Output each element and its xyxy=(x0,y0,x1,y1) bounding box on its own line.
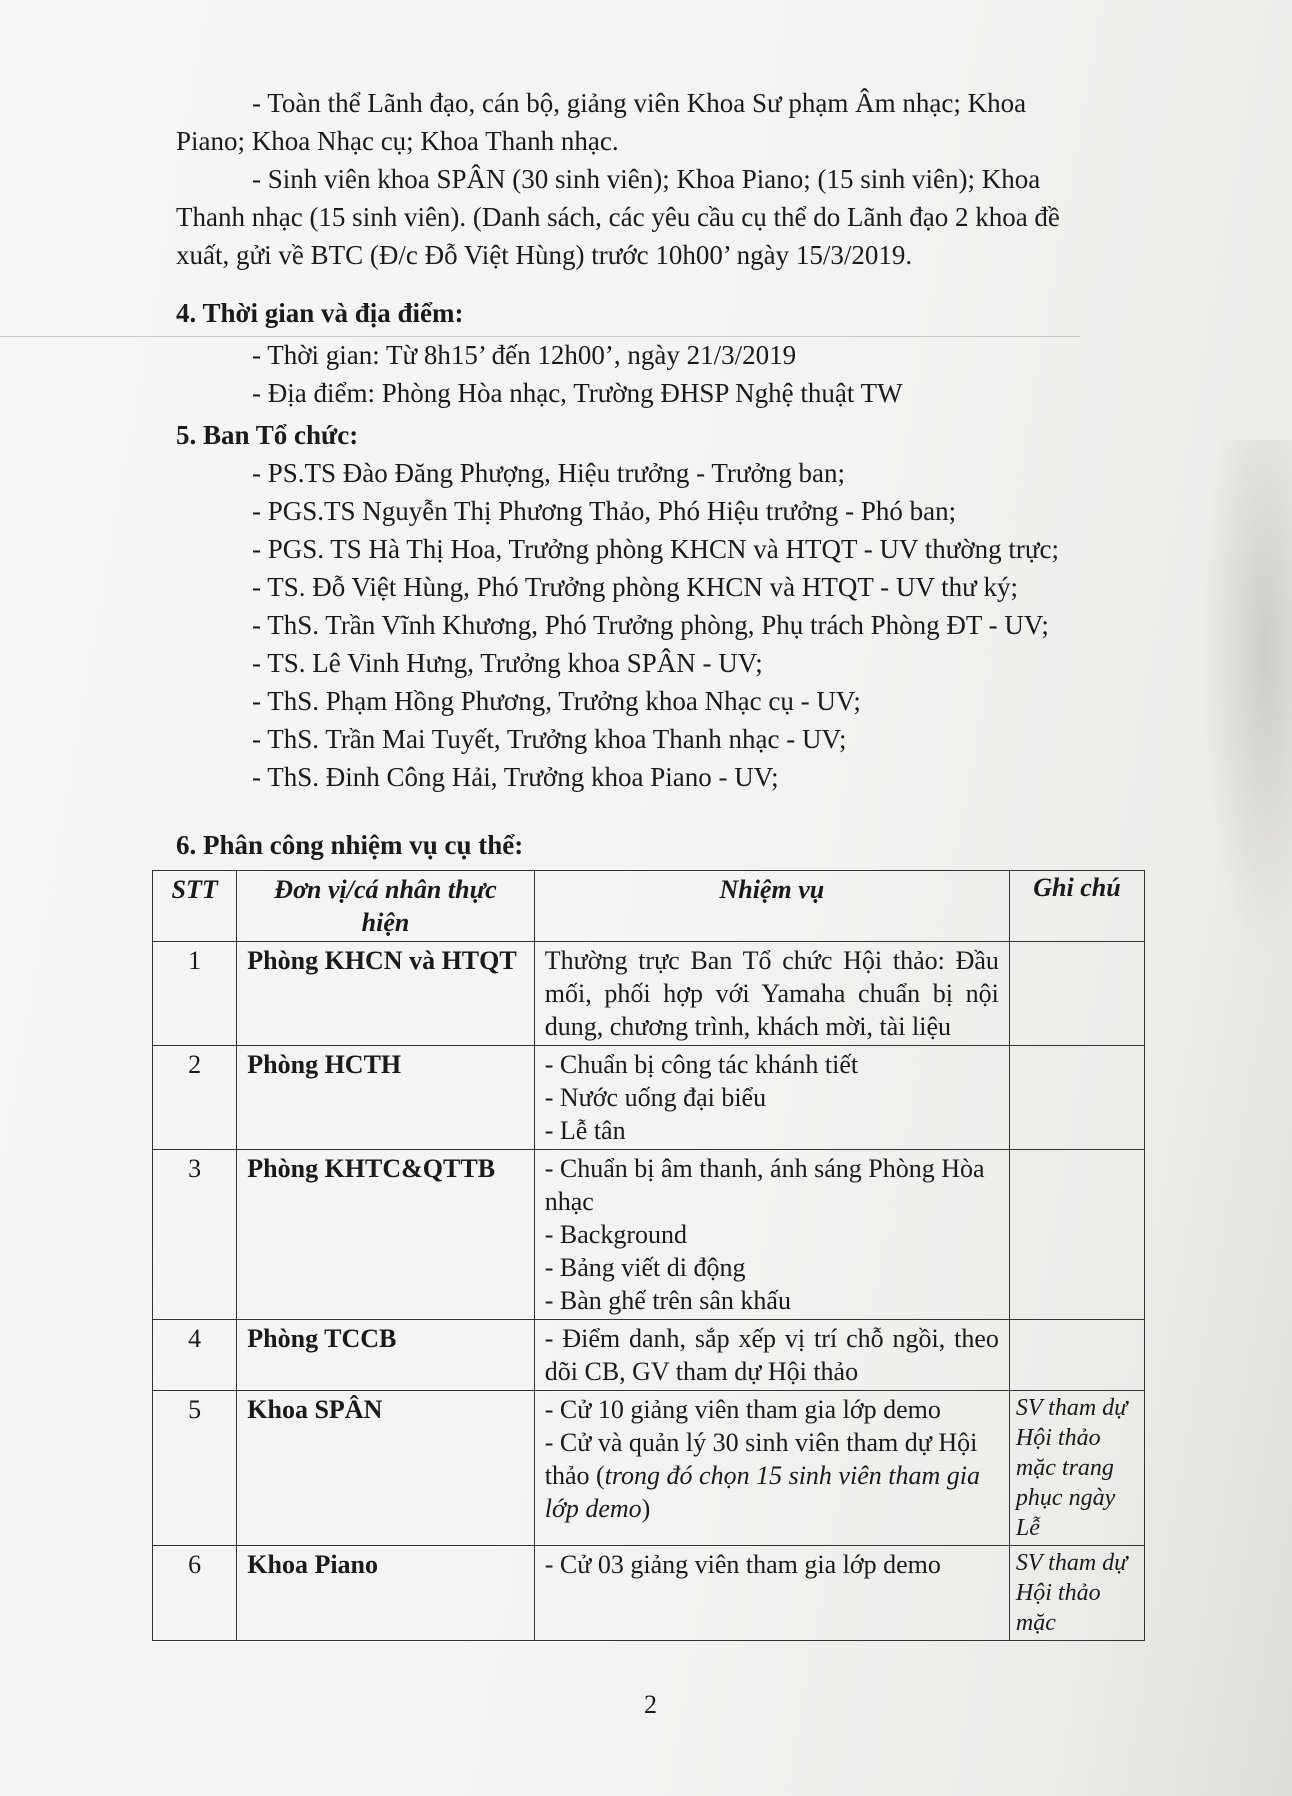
row-stt: 2 xyxy=(153,1046,237,1150)
table-row: 4Phòng TCCB- Điểm danh, sắp xếp vị trí c… xyxy=(153,1320,1145,1391)
header-note: Ghi chú xyxy=(1009,871,1144,942)
task-item: - Cử 03 giảng viên tham gia lớp demo xyxy=(545,1548,999,1581)
committee-member: - PS.TS Đào Đăng Phượng, Hiệu trưởng - T… xyxy=(252,454,845,492)
row-tasks: - Điểm danh, sắp xếp vị trí chỗ ngồi, th… xyxy=(534,1320,1009,1391)
participants-line-4: Thanh nhạc (15 sinh viên). (Danh sách, c… xyxy=(176,198,1060,236)
task-item: - Cử và quản lý 30 sinh viên tham dự Hội… xyxy=(545,1426,999,1525)
row-note xyxy=(1009,1150,1144,1320)
row-note: SV tham dự Hội thảo mặc xyxy=(1009,1546,1144,1641)
row-unit: Phòng KHTC&QTTB xyxy=(237,1150,534,1320)
committee-member: - ThS. Trần Mai Tuyết, Trưởng khoa Thanh… xyxy=(252,720,846,758)
row-stt: 5 xyxy=(153,1391,237,1546)
document-page: - Toàn thể Lãnh đạo, cán bộ, giảng viên … xyxy=(0,0,1292,1796)
committee-member: - ThS. Phạm Hồng Phương, Trưởng khoa Nhạ… xyxy=(252,682,861,720)
committee-member: - PGS.TS Nguyễn Thị Phương Thảo, Phó Hiệ… xyxy=(252,492,956,530)
row-note xyxy=(1009,942,1144,1046)
event-time: - Thời gian: Từ 8h15’ đến 12h00’, ngày 2… xyxy=(252,336,796,374)
row-tasks: - Cử 03 giảng viên tham gia lớp demo xyxy=(534,1546,1009,1641)
task-item: - Chuẩn bị âm thanh, ánh sáng Phòng Hòa … xyxy=(545,1152,999,1218)
committee-member: - TS. Đỗ Việt Hùng, Phó Trưởng phòng KHC… xyxy=(252,568,1018,606)
row-unit: Phòng KHCN và HTQT xyxy=(237,942,534,1046)
table-row: 1Phòng KHCN và HTQTThường trực Ban Tổ ch… xyxy=(153,942,1145,1046)
row-note xyxy=(1009,1320,1144,1391)
section-5-heading: 5. Ban Tổ chức: xyxy=(176,416,358,454)
row-note xyxy=(1009,1046,1144,1150)
header-unit: Đơn vị/cá nhân thực hiện xyxy=(237,871,534,942)
row-tasks: - Cử 10 giảng viên tham gia lớp demo- Cử… xyxy=(534,1391,1009,1546)
participants-line-1: - Toàn thể Lãnh đạo, cán bộ, giảng viên … xyxy=(252,84,1026,122)
task-item: - Bảng viết di động xyxy=(545,1251,999,1284)
event-place: - Địa điểm: Phòng Hòa nhạc, Trường ĐHSP … xyxy=(252,374,903,412)
page-number: 2 xyxy=(644,1690,657,1720)
task-item: - Background xyxy=(545,1218,999,1251)
header-stt: STT xyxy=(153,871,237,942)
row-tasks: - Chuẩn bị âm thanh, ánh sáng Phòng Hòa … xyxy=(534,1150,1009,1320)
row-stt: 4 xyxy=(153,1320,237,1391)
task-item: - Lễ tân xyxy=(545,1114,999,1147)
row-stt: 3 xyxy=(153,1150,237,1320)
row-tasks: - Chuẩn bị công tác khánh tiết- Nước uốn… xyxy=(534,1046,1009,1150)
task-item: - Chuẩn bị công tác khánh tiết xyxy=(545,1048,999,1081)
task-item: - Cử 10 giảng viên tham gia lớp demo xyxy=(545,1393,999,1426)
participants-line-3: - Sinh viên khoa SPÂN (30 sinh viên); Kh… xyxy=(252,160,1040,198)
table-row: 6Khoa Piano- Cử 03 giảng viên tham gia l… xyxy=(153,1546,1145,1641)
committee-member: - ThS. Đinh Công Hải, Trưởng khoa Piano … xyxy=(252,758,779,796)
row-note: SV tham dự Hội thảo mặc trang phục ngày … xyxy=(1009,1391,1144,1546)
section-4-heading: 4. Thời gian và địa điểm: xyxy=(176,294,464,332)
participants-line-2: Piano; Khoa Nhạc cụ; Khoa Thanh nhạc. xyxy=(176,122,619,160)
task-assignment-table: STT Đơn vị/cá nhân thực hiện Nhiệm vụ Gh… xyxy=(152,870,1145,1641)
table-header-row: STT Đơn vị/cá nhân thực hiện Nhiệm vụ Gh… xyxy=(153,871,1145,942)
participants-line-5: xuất, gửi về BTC (Đ/c Đỗ Việt Hùng) trướ… xyxy=(176,236,912,274)
task-item: - Nước uống đại biểu xyxy=(545,1081,999,1114)
committee-member: - TS. Lê Vinh Hưng, Trưởng khoa SPÂN - U… xyxy=(252,644,763,682)
photo-shadow xyxy=(1202,440,1292,960)
task-item: - Điểm danh, sắp xếp vị trí chỗ ngồi, th… xyxy=(545,1322,999,1388)
committee-member: - PGS. TS Hà Thị Hoa, Trưởng phòng KHCN … xyxy=(252,530,1059,568)
task-item: Thường trực Ban Tổ chức Hội thảo: Đầu mố… xyxy=(545,944,999,1043)
row-tasks: Thường trực Ban Tổ chức Hội thảo: Đầu mố… xyxy=(534,942,1009,1046)
header-task: Nhiệm vụ xyxy=(534,871,1009,942)
table-row: 3Phòng KHTC&QTTB- Chuẩn bị âm thanh, ánh… xyxy=(153,1150,1145,1320)
row-unit: Khoa SPÂN xyxy=(237,1391,534,1546)
table-row: 5Khoa SPÂN- Cử 10 giảng viên tham gia lớ… xyxy=(153,1391,1145,1546)
row-unit: Phòng TCCB xyxy=(237,1320,534,1391)
row-unit: Khoa Piano xyxy=(237,1546,534,1641)
task-item: - Bàn ghế trên sân khấu xyxy=(545,1284,999,1317)
committee-member: - ThS. Trần Vĩnh Khương, Phó Trưởng phòn… xyxy=(252,606,1049,644)
row-stt: 1 xyxy=(153,942,237,1046)
row-stt: 6 xyxy=(153,1546,237,1641)
row-unit: Phòng HCTH xyxy=(237,1046,534,1150)
section-6-heading: 6. Phân công nhiệm vụ cụ thể: xyxy=(176,826,523,864)
table-row: 2Phòng HCTH- Chuẩn bị công tác khánh tiế… xyxy=(153,1046,1145,1150)
